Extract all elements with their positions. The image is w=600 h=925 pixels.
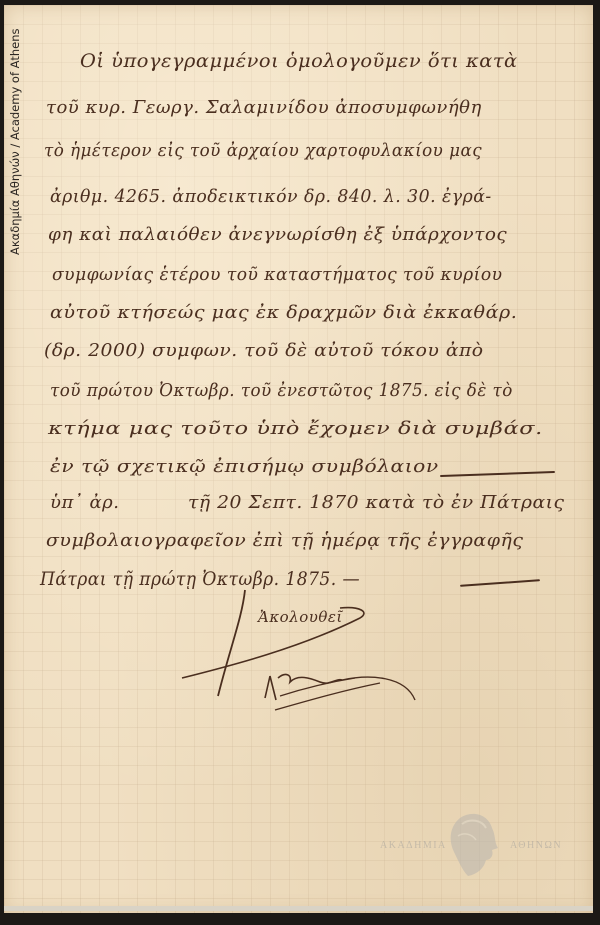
document-scan: Ακαδημία Αθηνών / Academy of Athens Οἱ ὑ… <box>0 0 600 925</box>
handwritten-line-2: τοῦ κυρ. Γεωργ. Σαλαμινίδου ἀποσυμφωνήθη <box>46 97 482 118</box>
watermark-right-text: ΑΘΗΝΩΝ <box>510 840 562 851</box>
handwritten-line-5: φη καὶ παλαιόθεν ἀνεγνωρίσθη ἐξ ὑπάρχοντ… <box>48 224 507 245</box>
handwritten-line-1: Οἱ ὑπογεγραμμένοι ὁμολογοῦμεν ὅτι κατὰ <box>80 50 518 72</box>
handwritten-line-8: (δρ. 2000) συμφων. τοῦ δὲ αὐτοῦ τόκου ἀπ… <box>44 340 484 361</box>
watermark-left-text: ΑΚΑΔΗΜΙΑ <box>380 840 447 851</box>
handwritten-line-10: κτήμα μας τοῦτο ὑπὸ ἔχομεν διὰ συμβάσ. <box>48 418 543 439</box>
handwritten-line-4: ἀριθμ. 4265. ἀποδεικτικόν δρ. 840. λ. 30… <box>50 186 492 207</box>
archive-label: Ακαδημία Αθηνών / Academy of Athens <box>8 233 28 255</box>
handwritten-line-9: τοῦ πρώτου Ὀκτωβρ. τοῦ ἐνεστῶτος 1875. ε… <box>50 380 513 401</box>
handwritten-line-7: αὐτοῦ κτήσεώς μας ἐκ δραχμῶν διὰ ἐκκαθάρ… <box>50 302 517 323</box>
paper-bottom-edge <box>4 906 593 911</box>
academy-watermark: ΑΚΑΔΗΜΙΑ ΑΘΗΝΩΝ <box>380 810 590 880</box>
signature <box>170 578 430 718</box>
handwritten-line-3: τὸ ἡμέτερον εἰς τοῦ ἀρχαίου χαρτοφυλακίο… <box>44 140 482 161</box>
handwritten-line-12: ὑπ᾽ ἀρ. <box>50 492 119 513</box>
handwritten-line-11: ἐν τῷ σχετικῷ ἐπισήμῳ συμβόλαιον <box>50 456 439 477</box>
handwritten-line-14: συμβολαιογραφεῖον ἐπὶ τῇ ἡμέρᾳ τῆς ἐγγρα… <box>46 530 523 551</box>
handwritten-line-13: τῇ 20 Σεπτ. 1870 κατὰ τὸ ἐν Πάτραις <box>188 492 565 513</box>
handwritten-line-6: συμφωνίας ἑτέρου τοῦ καταστήματος τοῦ κυ… <box>52 264 502 285</box>
athena-head-icon <box>442 810 502 880</box>
